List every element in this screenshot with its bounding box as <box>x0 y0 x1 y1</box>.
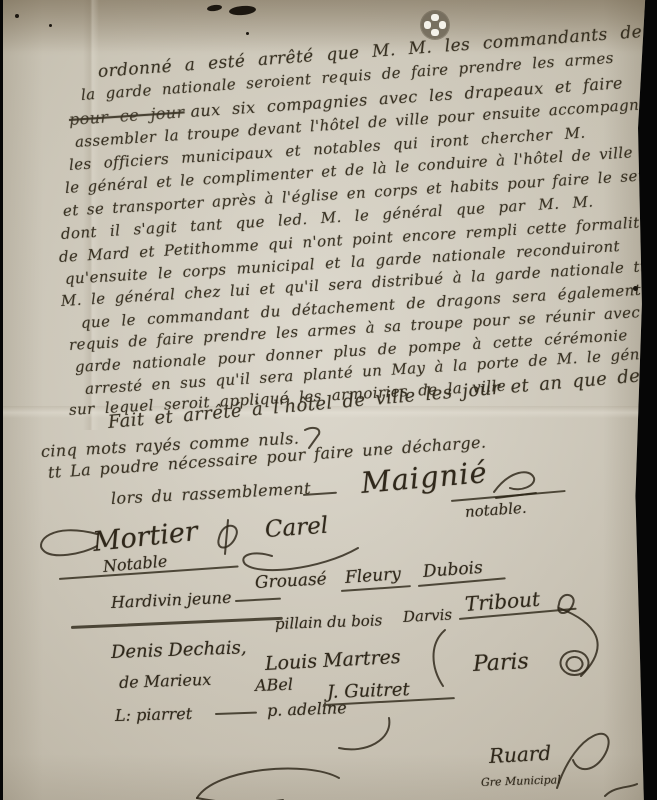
signature-louis-martres: Louis Martres <box>264 646 401 675</box>
signature-darvis: Darvis <box>403 605 453 626</box>
signature-paris: Paris <box>472 649 529 677</box>
ink-speck <box>49 24 52 27</box>
sweep-flourish <box>305 714 397 756</box>
signature-de-marieux: de Marieux <box>119 670 212 692</box>
signature-abel: ABel <box>255 675 294 695</box>
brace-flourish <box>425 626 451 690</box>
petal-shape <box>431 29 439 36</box>
petal-shape <box>424 21 431 29</box>
signature-pillain: pillain du bois <box>275 611 383 633</box>
partial-stroke <box>601 780 641 800</box>
signature-carel: Carel <box>264 513 329 543</box>
signature-maignie: Maignié <box>360 455 489 500</box>
ink-speck <box>633 286 638 291</box>
struck-words: pour ce jour <box>68 102 185 129</box>
signature-mortier: Mortier <box>91 516 199 558</box>
ink-speck <box>246 32 249 35</box>
photo-background: ordonné a esté arrêté que M. M. les comm… <box>0 0 657 800</box>
signature-dubois: Dubois <box>422 558 483 582</box>
ink-blot <box>229 5 257 16</box>
petal-shape <box>439 21 446 29</box>
marginal-note: lors du rassemblement <box>111 479 312 508</box>
petal-cross-watermark-icon[interactable] <box>421 11 449 39</box>
petal-shape <box>431 14 439 21</box>
manuscript-page: ordonné a esté arrêté que M. M. les comm… <box>3 0 649 800</box>
signature-fleury: Fleury <box>344 564 401 588</box>
signature-maignie-title: notable. <box>464 499 527 521</box>
dash-flourish <box>215 712 257 715</box>
signature-piarret: L: piarret <box>115 704 193 725</box>
partial-signature-flourish <box>187 760 347 800</box>
lead-swirl-flourish <box>31 522 101 568</box>
signature-ruard-title: Gre Municipal <box>481 773 561 789</box>
dash-flourish <box>235 598 281 602</box>
signature-denis-dechais: Denis Dechais, <box>111 637 247 663</box>
long-flourish-line <box>71 617 283 629</box>
ink-speck <box>15 14 19 18</box>
signature-hardivin: Hardivin jeune <box>111 588 232 612</box>
paraph-flourish <box>555 645 595 685</box>
ink-blot <box>207 4 223 12</box>
signature-ruard: Ruard <box>488 741 551 768</box>
signature-grouase: Grouasé <box>254 569 327 593</box>
